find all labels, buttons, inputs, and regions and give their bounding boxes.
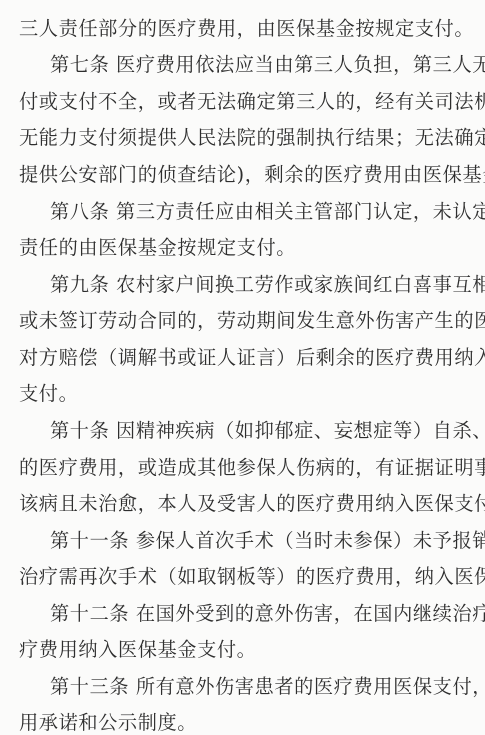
text-line: 或未签订劳动合同的，劳动期间发生意外伤害产生的医药费用， [19, 309, 469, 333]
article-12-heading-line: 第十二条 在国外受到的意外伤害，在国内继续治疗产生的医 [50, 602, 468, 626]
article-7-heading-line: 第七条 医疗费用依法应当由第三人负担，第三人无能力支 [50, 53, 468, 77]
article-9-heading-line: 第九条 农村家户间换工劳作或家族间红白喜事互相帮忙， [50, 273, 468, 297]
text-line: 付或支付不全，或者无法确定第三人的，经有关司法机构证实(如 [19, 90, 469, 114]
text-line: 三人责任部分的医疗费用，由医保基金按规定支付。 [19, 17, 469, 41]
text-line: 无能力支付须提供人民法院的强制执行结果；无法确定第三人须 [19, 126, 469, 150]
article-11-heading-line: 第十一条 参保人首次手术（当时未参保）未予报销，因疾病 [50, 529, 468, 553]
text-line: 疗费用纳入医保基金支付。 [19, 638, 469, 662]
text-line: 提供公安部门的侦查结论)，剩余的医疗费用由医保基金先行支付。 [19, 163, 469, 187]
article-8-heading-line: 第八条 第三方责任应由相关主管部门认定，未认定第三人 [50, 200, 468, 224]
text-line: 的医疗费用，或造成其他参保人伤病的，有证据证明事发前确有 [19, 456, 469, 480]
article-10-heading-line: 第十条 因精神疾病（如抑郁症、妄想症等）自杀、自伤产生 [50, 419, 468, 443]
text-line: 责任的由医保基金按规定支付。 [19, 236, 469, 260]
text-line: 支付。 [19, 382, 469, 406]
text-line: 用承诺和公示制度。 [19, 711, 469, 735]
text-line: 对方赔偿（调解书或证人证言）后剩余的医疗费用纳入医保基金 [19, 346, 469, 370]
text-line: 治疗需再次手术（如取钢板等）的医疗费用，纳入医保基金支付。 [19, 565, 469, 589]
article-13-heading-line: 第十三条 所有意外伤害患者的医疗费用医保支付，须实行信 [50, 675, 468, 699]
document-page: 三人责任部分的医疗费用，由医保基金按规定支付。 第七条 医疗费用依法应当由第三人… [0, 0, 485, 735]
text-line: 该病且未治愈，本人及受害人的医疗费用纳入医保支付。 [19, 492, 469, 516]
